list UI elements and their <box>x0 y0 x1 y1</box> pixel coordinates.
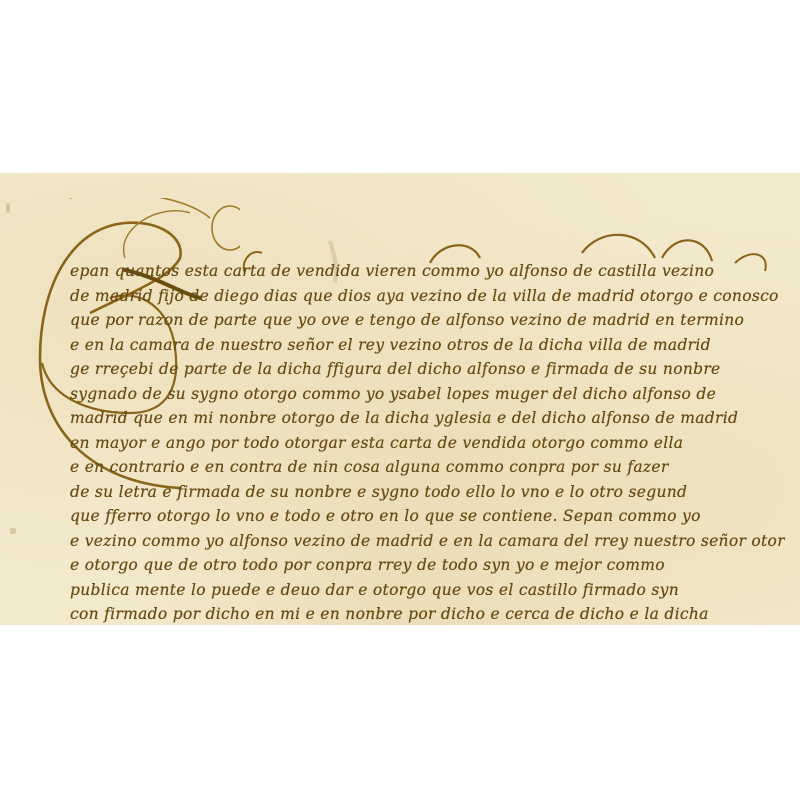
text-line: publica mente lo puede e deuo dar e otor… <box>70 578 785 603</box>
text-line: e vezino commo yo alfonso vezino de madr… <box>70 529 785 554</box>
manuscript-parchment: epan quantos esta carta de vendida viere… <box>0 173 800 625</box>
text-line: que fferro otorgo lo vno e todo e otro e… <box>70 504 785 529</box>
text-line: en mayor e ango por todo otorgar esta ca… <box>70 431 785 456</box>
text-line: e en la camara de nuestro señor el rey v… <box>70 333 785 358</box>
text-line: que por razon de parte que yo ove e teng… <box>70 308 785 333</box>
text-line: ge rreçebi de parte de la dicha ffigura … <box>70 357 785 382</box>
text-line: sygnado de su sygno otorgo commo yo ysab… <box>70 382 785 407</box>
text-line: de madrid fijo de diego dias que dios ay… <box>70 284 785 309</box>
parchment-blemish <box>10 528 16 534</box>
manuscript-text: epan quantos esta carta de vendida viere… <box>70 259 785 625</box>
text-line: epan quantos esta carta de vendida viere… <box>70 259 785 284</box>
text-line: con firmado por dicho en mi e en nonbre … <box>70 602 785 625</box>
parchment-blemish <box>6 203 10 213</box>
text-line: madrid que en mi nonbre otorgo de la dic… <box>70 406 785 431</box>
text-line: e otorgo que de otro todo por conpra rre… <box>70 553 785 578</box>
text-line: de su letra e firmada de su nonbre e syg… <box>70 480 785 505</box>
text-line: e en contrario e en contra de nin cosa a… <box>70 455 785 480</box>
